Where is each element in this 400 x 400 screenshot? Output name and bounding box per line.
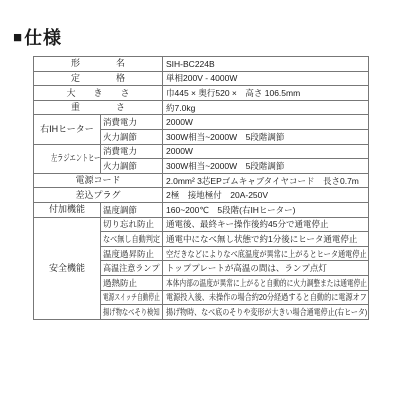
sub-label: 火力調節 bbox=[101, 159, 163, 174]
row-value: トッププレートが高温の間は、ランプ点灯 bbox=[163, 261, 369, 276]
spec-page: { "title": { "marker": "■", "text": "仕様"… bbox=[0, 0, 400, 400]
table-row-model: 形 名 SIH-BC224B bbox=[34, 57, 369, 72]
table-row-weight: 重 さ 約7.0kg bbox=[34, 100, 369, 115]
row-label: 電源コード bbox=[34, 173, 163, 188]
group-label: 安全機能 bbox=[34, 217, 101, 319]
row-value: 2極 接地極付 20A-250V bbox=[163, 188, 369, 203]
sub-label: 切り忘れ防止 bbox=[101, 217, 163, 232]
row-value: 通電中になべ無し状態で約1分後にヒータ通電停止 bbox=[163, 232, 369, 247]
page-title-text: 仕様 bbox=[24, 24, 62, 50]
sub-label: 消費電力 bbox=[101, 144, 163, 159]
row-label: 差込プラグ bbox=[34, 188, 163, 203]
row-label: 形 名 bbox=[34, 57, 163, 72]
sub-label: 火力調節 bbox=[101, 129, 163, 144]
row-value: 約7.0kg bbox=[163, 100, 369, 115]
row-value: 本体内部の温度が異常に上がると自動的に火力調整または通電停止 bbox=[163, 275, 369, 290]
row-value: 巾445 × 奥行520 × 高さ 106.5mm bbox=[163, 86, 369, 101]
table-row-rating: 定 格 単相200V - 4000W bbox=[34, 71, 369, 86]
table-row-size: 大 き さ 巾445 × 奥行520 × 高さ 106.5mm bbox=[34, 86, 369, 101]
row-value: SIH-BC224B bbox=[163, 57, 369, 72]
row-value: 通電後、最終キー操作後約45分で通電停止 bbox=[163, 217, 369, 232]
row-value: 電源投入後、未操作の場合約20分経過すると自動的に電源オフ bbox=[163, 290, 369, 305]
sub-label: 温度調節 bbox=[101, 202, 163, 217]
sub-label: 電源スイッチ自動停止 bbox=[101, 290, 163, 305]
sub-label: 揚げ物なべそり検知 bbox=[101, 305, 163, 320]
sub-label: なべ無し自動判定 bbox=[101, 232, 163, 247]
row-value: 300W相当~2000W 5段階調節 bbox=[163, 129, 369, 144]
section-marker-icon: ■ bbox=[13, 29, 23, 46]
row-value: 160~200℃ 5段階(右IHヒーター) bbox=[163, 202, 369, 217]
page-title: ■ 仕様 bbox=[13, 24, 62, 50]
row-value: 2000W bbox=[163, 115, 369, 130]
row-value: 空だきなどによりなべ底温度が異常に上がるとヒータ通電停止 bbox=[163, 246, 369, 261]
group-label: 右IHヒーター bbox=[34, 115, 101, 144]
row-label: 重 さ bbox=[34, 100, 163, 115]
sub-label: 高温注意ランプ bbox=[101, 261, 163, 276]
table-row-safety-auto-off: 安全機能 切り忘れ防止 通電後、最終キー操作後約45分で通電停止 bbox=[34, 217, 369, 232]
group-label: 付加機能 bbox=[34, 202, 101, 217]
row-value: 2000W bbox=[163, 144, 369, 159]
table-row-left-radiant-power: 左ラジエントヒーター 消費電力 2000W bbox=[34, 144, 369, 159]
sub-label: 消費電力 bbox=[101, 115, 163, 130]
row-value: 2.0mm² 3芯EPゴムキャブタイヤコード 長さ0.7m bbox=[163, 173, 369, 188]
row-label: 定 格 bbox=[34, 71, 163, 86]
table-row-right-ih-power: 右IHヒーター 消費電力 2000W bbox=[34, 115, 369, 130]
table-row-plug: 差込プラグ 2極 接地極付 20A-250V bbox=[34, 188, 369, 203]
row-label: 大 き さ bbox=[34, 86, 163, 101]
sub-label: 過熱防止 bbox=[101, 275, 163, 290]
group-label: 左ラジエントヒーター bbox=[34, 144, 101, 173]
row-value: 300W相当~2000W 5段階調節 bbox=[163, 159, 369, 174]
table-row-temp-control: 付加機能 温度調節 160~200℃ 5段階(右IHヒーター) bbox=[34, 202, 369, 217]
sub-label: 温度過昇防止 bbox=[101, 246, 163, 261]
table-row-power-cord: 電源コード 2.0mm² 3芯EPゴムキャブタイヤコード 長さ0.7m bbox=[34, 173, 369, 188]
spec-table: 形 名 SIH-BC224B 定 格 単相200V - 4000W 大 き さ … bbox=[33, 56, 369, 320]
row-value: 単相200V - 4000W bbox=[163, 71, 369, 86]
row-value: 揚げ物時、なべ底のそりや変形が大きい場合通電停止(右ヒータ) bbox=[163, 305, 369, 320]
